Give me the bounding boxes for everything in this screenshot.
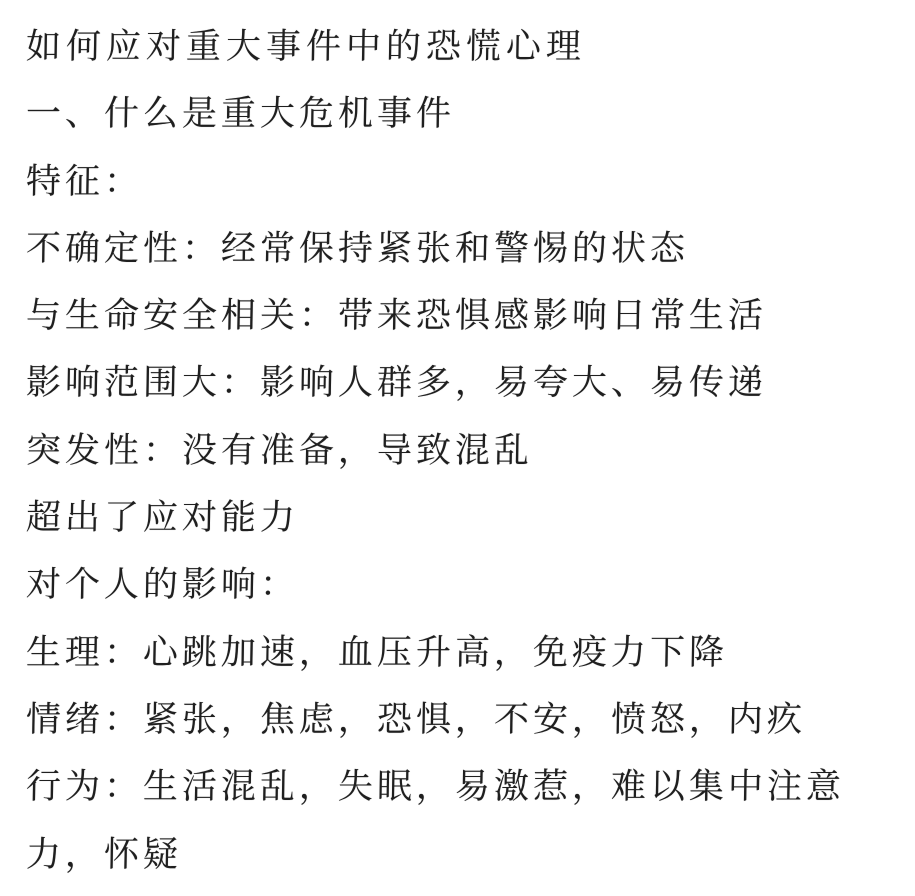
handwritten-notes-page: 如何应对重大事件中的恐慌心理 一、什么是重大危机事件 特征： 不确定性：经常保持… (0, 0, 915, 896)
text-line-wide-impact: 影响范围大：影响人群多，易夸大、易传递 (25, 346, 895, 413)
text-line-behavior-wrap: 力，怀疑 (25, 818, 895, 885)
note-title: 如何应对重大事件中的恐慌心理 (25, 10, 895, 77)
text-line-beyond-coping: 超出了应对能力 (25, 481, 895, 548)
features-label: 特征： (25, 145, 895, 212)
text-line-physiology: 生理：心跳加速，血压升高，免疫力下降 (25, 616, 895, 683)
text-line-life-safety: 与生命安全相关：带来恐惧感影响日常生活 (25, 279, 895, 346)
text-line-emotion: 情绪：紧张，焦虑，恐惧，不安，愤怒，内疚 (25, 683, 895, 750)
text-line-behavior: 行为：生活混乱，失眠，易激惹，难以集中注意 (25, 750, 895, 817)
section-heading: 一、什么是重大危机事件 (25, 77, 895, 144)
personal-impact-label: 对个人的影响： (25, 548, 895, 615)
text-line-uncertainty: 不确定性：经常保持紧张和警惕的状态 (25, 212, 895, 279)
text-line-suddenness: 突发性：没有准备，导致混乱 (25, 414, 895, 481)
